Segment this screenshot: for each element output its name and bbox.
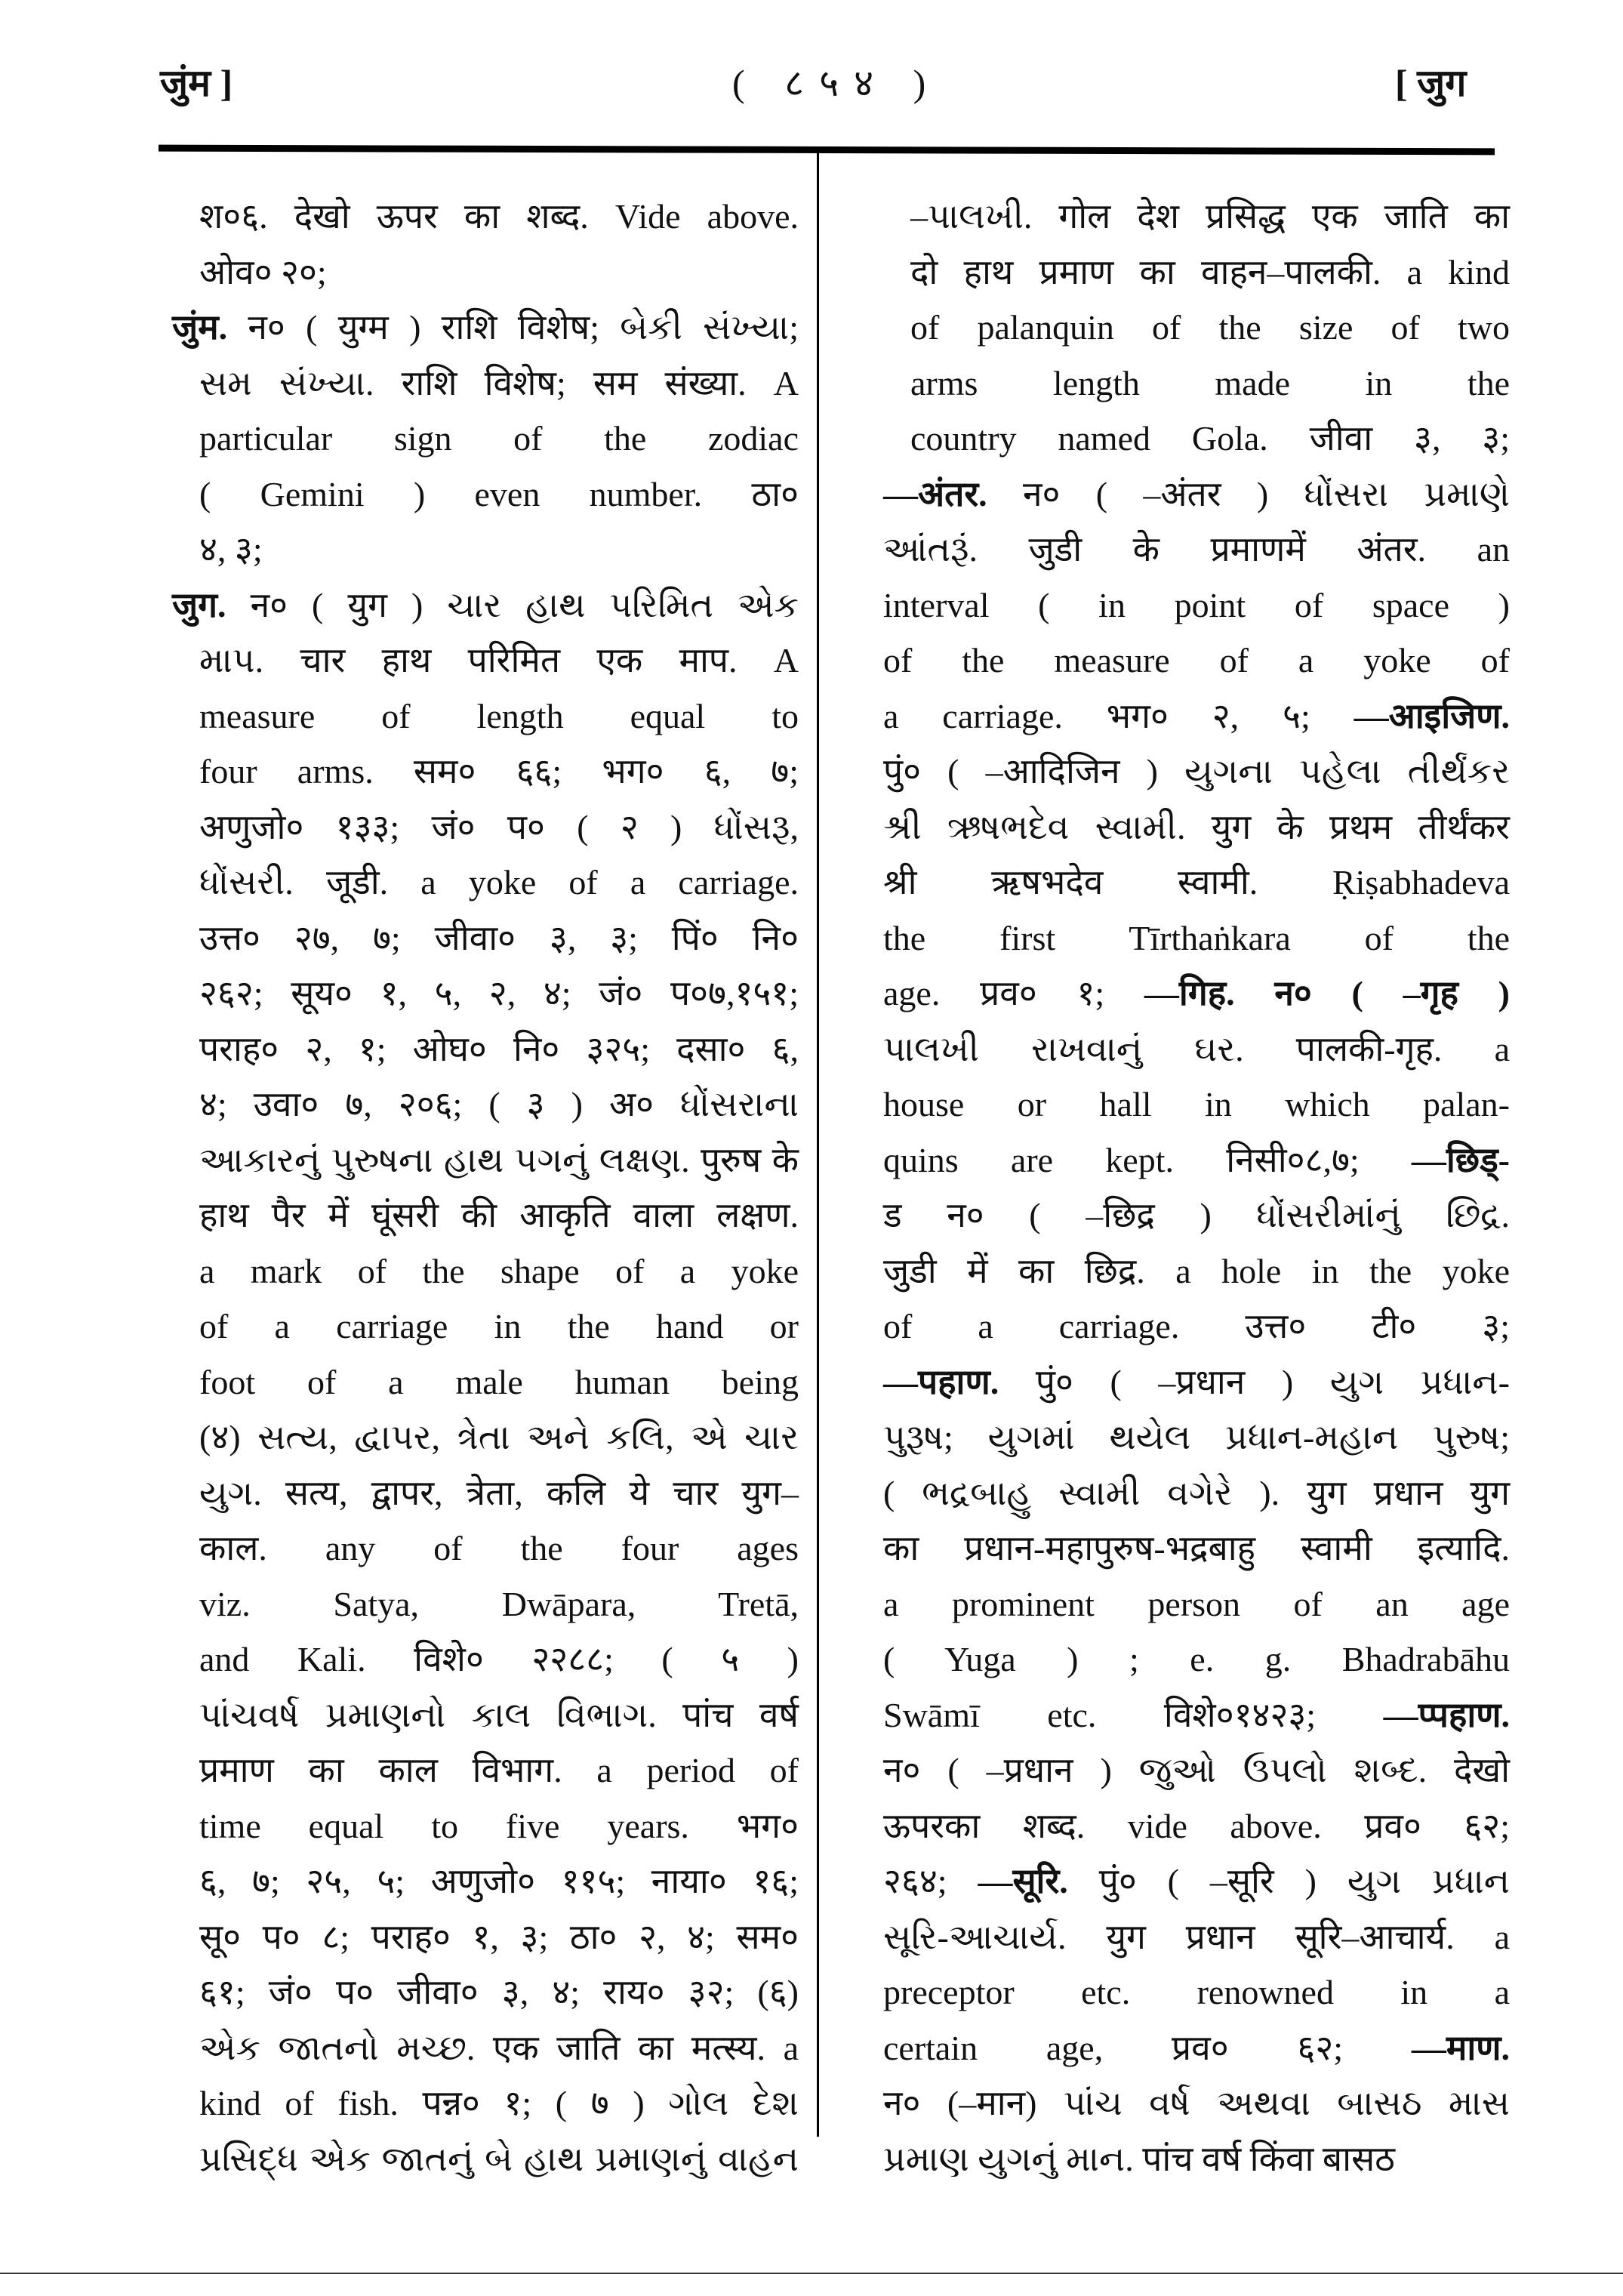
sub-headword: —आइजिण. (1354, 697, 1510, 735)
dictionary-line: काल. any of the four ages (172, 1521, 799, 1576)
definition-text: हाथ पैर में घूंसरी की आकृति वाला लक्षण. (199, 1196, 799, 1234)
definition-text: a prominent person of an age (883, 1585, 1510, 1623)
dictionary-line: પાલખી રાખવાનું ઘર. पालकी-गृह. a (883, 1022, 1510, 1077)
definition-text: ऊपरका शब्द. vide above. प्रव० ६२; (883, 1807, 1510, 1845)
dictionary-line: न० ( –प्रधान ) જુઓ ઉપલો શબ્દ. देखो (883, 1743, 1510, 1798)
dictionary-line: યુગ. सत्य, द्वापर, त्रेता, कलि ये चार यु… (172, 1465, 799, 1521)
definition-text: काल. any of the four ages (199, 1529, 799, 1567)
dictionary-line: the first Tīrthaṅkara of the (883, 911, 1510, 966)
dictionary-line: ( Gemini ) even number. ठा० (172, 467, 799, 522)
dictionary-line: measure of length equal to (172, 689, 799, 744)
dictionary-line: दो हाथ प्रमाण का वाहन–पालकी. a kind (883, 245, 1510, 300)
dictionary-line: of a carriage in the hand or (172, 1299, 799, 1354)
dictionary-line: ६१; जं० प० जीवा० ३, ४; राय० ३२; (६) (172, 1965, 799, 2020)
dictionary-line: a prominent person of an age (883, 1576, 1510, 1632)
definition-text: (४) સત્ય, દ્વાપર, ત્રેતા અને કલિ, એ ચાર (199, 1418, 799, 1456)
definition-text: સૂરિ-આચાર્ય. युग प्रधान सूरि–आचार्य. a (883, 1918, 1510, 1956)
definition-text: of palanquin of the size of two (910, 308, 1510, 347)
dictionary-line: २६२; सूय० १, ५, २, ४; जं० प०७,१५१; (172, 966, 799, 1022)
definition-text: जुडी में का छिद्र. a hole in the yoke (883, 1252, 1510, 1290)
page-number: ( ८५४ ) (732, 60, 941, 106)
dictionary-line: આંતરૂં. जुडी के प्रमाणमें अंतर. an (883, 522, 1510, 578)
dictionary-line: अणुजो० १३३; जं० प० ( २ ) ધોંસરૂ, (172, 800, 799, 855)
dictionary-line: interval ( in point of space ) (883, 578, 1510, 633)
sub-headword: —माण. (1412, 2029, 1510, 2067)
definition-text: પુરૂષ; યુગમાં થયેલ પ્રધાન-મહાન પુરુષ; (883, 1418, 1510, 1456)
dictionary-line: श०६. देखो ऊपर का शब्द. Vide above. (172, 189, 799, 245)
definition-text: viz. Satya, Dwāpara, Tretā, (199, 1585, 799, 1623)
definition-text: પાલખી રાખવાનું ઘર. पालकी-गृह. a (883, 1030, 1510, 1068)
definition-text: પ્રસિદ્ધ એક જાતનું બે હાથ પ્રમાણનું વાહન (199, 2140, 799, 2178)
dictionary-line: arms length made in the (883, 356, 1510, 411)
running-head-right: [ जुग (1395, 60, 1466, 106)
definition-text: ४; उवा० ७, २०६; ( ३ ) अ० ધોંસરાના (199, 1085, 799, 1123)
dictionary-line: प्रमाण का काल विभाग. a period of (172, 1743, 799, 1798)
definition-text: ६, ७; २५, ५; अणुजो० ११५; नाया० १६; (199, 1862, 799, 1900)
definition-text: foot of a male human being (199, 1363, 799, 1401)
dictionary-line: માપ. चार हाथ परिमित एक माप. A (172, 633, 799, 689)
dictionary-line: a mark of the shape of a yoke (172, 1244, 799, 1299)
definition-text: preceptor etc. renowned in a (883, 1973, 1510, 2011)
dictionary-line: પ્રસિદ્ધ એક જાતનું બે હાથ પ્રમાણનું વાહન (172, 2131, 799, 2187)
definition-text: प्रमाण का काल विभाग. a period of (199, 1751, 799, 1789)
dictionary-line: का प्रधान-महापुरुष-भद्रबाहु स्वामी इत्या… (883, 1521, 1510, 1576)
dictionary-line: four arms. सम० ६६; भग० ६, ७; (172, 744, 799, 800)
dictionary-line: हाथ पैर में घूंसरी की आकृति वाला लक्षण. (172, 1188, 799, 1244)
definition-text: सू० प० ८; पराह० १, ३; ठा० २, ४; सम० (199, 1918, 799, 1956)
definition-text: યુગ. सत्य, द्वापर, त्रेता, कलि ये चार यु… (199, 1474, 799, 1512)
dictionary-line: શ્રી ઋષભદેવ સ્વામી. युग के प्रथम तीर्थंक… (883, 800, 1510, 855)
dictionary-line: preceptor etc. renowned in a (883, 1965, 1510, 2020)
dictionary-line: ४; उवा० ७, २०६; ( ३ ) अ० ધોંસરાના (172, 1077, 799, 1133)
definition-text: २६४; (883, 1862, 978, 1900)
definition-text: માપ. चार हाथ परिमित एक माप. A (199, 641, 799, 680)
column-divider (817, 151, 819, 2137)
definition-text: श्री ऋषभदेव स्वामी. Ṛiṣabhadeva (883, 863, 1510, 901)
definition-text: house or hall in which palan- (883, 1085, 1510, 1123)
definition-text: આંતરૂં. जुडी के प्रमाणमें अंतर. an (883, 530, 1510, 569)
definition-text: ધોંસરી. जूडी. a yoke of a carriage. (199, 863, 799, 901)
definition-text: ( Yuga ) ; e. g. Bhadrabāhu (883, 1640, 1510, 1678)
dictionary-line: —पहाण. पुं० ( –प्रधान ) યુગ પ્રધાન- (883, 1354, 1510, 1410)
definition-text: अणुजो० १३३; जं० प० ( २ ) ધોંસરૂ, (199, 808, 799, 846)
definition-text: Swāmī etc. विशे०१४२३; (883, 1696, 1384, 1734)
left-column: श०६. देखो ऊपर का शब्द. Vide above.ओव० २०… (172, 189, 799, 2187)
dictionary-line: ६, ७; २५, ५; अणुजो० ११५; नाया० १६; (172, 1854, 799, 1909)
definition-text: time equal to five years. भग० (199, 1807, 799, 1845)
definition-text: न० ( युग्म ) राशि विशेष; બેકી સંખ્યા; (227, 308, 799, 347)
definition-text: સમ સંખ્યા. राशि विशेष; सम संख्या. A (199, 364, 799, 402)
definition-text: of the measure of a yoke of (883, 641, 1510, 680)
dictionary-line: of a carriage. उत्त० टी० ३; (883, 1299, 1510, 1354)
dictionary-line: પુરૂષ; યુગમાં થયેલ પ્રધાન-મહાન પુરુષ; (883, 1410, 1510, 1465)
dictionary-line: સૂરિ-આચાર્ય. युग प्रधान सूरि–आचार्य. a (883, 1909, 1510, 1965)
sub-headword: —सूरि. (978, 1862, 1067, 1900)
definition-text: પ્રમાણ યુગનું માન. पांच वर्ष किंवा बासठ (883, 2140, 1395, 2178)
dictionary-line: પ્રમાણ યુગનું માન. पांच वर्ष किंवा बासठ (883, 2131, 1510, 2187)
definition-text: पुं० ( –प्रधान ) યુગ પ્રધાન- (999, 1363, 1510, 1401)
headword: —अंतर. (883, 475, 987, 513)
dictionary-line: time equal to five years. भग० (172, 1798, 799, 1854)
definition-text: पुं० ( –सूरि ) યુગ પ્રધાન (1068, 1862, 1510, 1900)
dictionary-line: २६४; —सूरि. पुं० ( –सूरि ) યુગ પ્રધાન (883, 1854, 1510, 1909)
dictionary-line: ( ભદ્રબાહુ સ્વામી વગેરે ). युग प्रधान यु… (883, 1465, 1510, 1521)
definition-text: પાંચવર્ષ પ્રમાણનો કાલ વિભાગ. पांच वर्ष (199, 1696, 799, 1734)
definition-text: એક જાતનો મચ્છ. एक जाति का मत्स्य. a (199, 2029, 799, 2067)
definition-text: पुं० ( –आदिजिन ) યુગના પહેલા તીર્થંકર (883, 752, 1510, 791)
dictionary-line: quins are kept. निसी०८,७; —छिड्- (883, 1133, 1510, 1188)
dictionary-line: पराह० २, १; ओघ० नि० ३२५; दसा० ६, (172, 1022, 799, 1077)
headword: जुग. (172, 586, 226, 624)
dictionary-line: house or hall in which palan- (883, 1077, 1510, 1133)
dictionary-line: न० (–मान) પાંચ વર્ષ અથવા બાસઠ માસ (883, 2076, 1510, 2131)
headword: जुंम. (172, 308, 227, 347)
dictionary-line: age. प्रव० १; —गिह. न० ( –गृह ) (883, 966, 1510, 1022)
dictionary-line: આકારનું પુરુષના હાથ પગનું લક્ષણ. पुरुष क… (172, 1133, 799, 1188)
dictionary-line: of the measure of a yoke of (883, 633, 1510, 689)
dictionary-line: એક જાતનો મચ્છ. एक जाति का मत्स्य. a (172, 2020, 799, 2076)
dictionary-line: —अंतर. न० ( –अंतर ) ધોંસરા પ્રમાણે (883, 467, 1510, 522)
dictionary-line: ધોંસરી. जूडी. a yoke of a carriage. (172, 855, 799, 911)
running-head-left: जुंम ] (160, 60, 233, 106)
dictionary-line: –પાલખી. गोल देश प्रसिद्ध एक जाति का (883, 189, 1510, 245)
dictionary-line: a carriage. भग० २, ५; —आइजिण. (883, 689, 1510, 744)
dictionary-line: સમ સંખ્યા. राशि विशेष; सम संख्या. A (172, 356, 799, 411)
dictionary-line: उत्त० २७, ७; जीवा० ३, ३; पिं० नि० (172, 911, 799, 966)
definition-text: the first Tīrthaṅkara of the (883, 919, 1510, 957)
header-rule (159, 145, 1495, 156)
dictionary-line: certain age, प्रव० ६२; —माण. (883, 2020, 1510, 2076)
dictionary-line: Swāmī etc. विशे०१४२३; —प्पहाण. (883, 1687, 1510, 1743)
dictionary-line: (४) સત્ય, દ્વાપર, ત્રેતા અને કલિ, એ ચાર (172, 1410, 799, 1465)
definition-text: न० ( –प्रधान ) જુઓ ઉપલો શબ્દ. देखो (883, 1751, 1510, 1789)
definition-text: ( Gemini ) even number. ठा० (199, 475, 799, 513)
headword: —पहाण. (883, 1363, 999, 1401)
definition-text: ४, ३; (199, 530, 263, 569)
definition-text: interval ( in point of space ) (883, 586, 1510, 624)
definition-text: of a carriage. उत्त० टी० ३; (883, 1307, 1510, 1345)
dictionary-line: and Kali. विशे० २२८८; ( ५ ) (172, 1632, 799, 1687)
definition-text: particular sign of the zodiac (199, 419, 799, 458)
definition-text: ६१; जं० प० जीवा० ३, ४; राय० ३२; (६) (199, 1973, 799, 2011)
definition-text: measure of length equal to (199, 697, 799, 735)
definition-text: श०६. देखो ऊपर का शब्द. Vide above. (199, 197, 799, 236)
dictionary-line: सू० प० ८; पराह० १, ३; ठा० २, ४; सम० (172, 1909, 799, 1965)
definition-text: age. प्रव० १; (883, 974, 1144, 1012)
definition-text: न० ( –अंतर ) ધોંસરા પ્રમાણે (987, 475, 1510, 513)
definition-text: का प्रधान-महापुरुष-भद्रबाहु स्वामी इत्या… (883, 1529, 1510, 1567)
definition-text: આકારનું પુરુષના હાથ પગનું લક્ષણ. पुरुष क… (199, 1141, 799, 1179)
dictionary-line: ४, ३; (172, 522, 799, 578)
page-bottom-edge (0, 2273, 1623, 2274)
definition-text: kind of fish. पन्न० १; ( ७ ) ગોલ દેશ (199, 2084, 799, 2122)
definition-text: country named Gola. जीवा ३, ३; (910, 419, 1510, 458)
right-column: –પાલખી. गोल देश प्रसिद्ध एक जाति कादो हा… (883, 189, 1510, 2187)
dictionary-line: ओव० २०; (172, 245, 799, 300)
dictionary-line: ( Yuga ) ; e. g. Bhadrabāhu (883, 1632, 1510, 1687)
definition-text: arms length made in the (910, 364, 1510, 402)
dictionary-line: जुडी में का छिद्र. a hole in the yoke (883, 1244, 1510, 1299)
dictionary-line: पुं० ( –आदिजिन ) યુગના પહેલા તીર્થંકર (883, 744, 1510, 800)
dictionary-line: viz. Satya, Dwāpara, Tretā, (172, 1576, 799, 1632)
definition-text: certain age, प्रव० ६२; (883, 2029, 1412, 2067)
definition-text: શ્રી ઋષભદેવ સ્વામી. युग के प्रथम तीर्थंक… (883, 808, 1510, 846)
dictionary-line: ड न० ( –छिद्र ) ધોંસરીમાંનું છિદ્ર. (883, 1188, 1510, 1244)
dictionary-line: ऊपरका शब्द. vide above. प्रव० ६२; (883, 1798, 1510, 1854)
sub-headword: —प्पहाण. (1384, 1696, 1510, 1734)
definition-text: पराह० २, १; ओघ० नि० ३२५; दसा० ६, (199, 1030, 799, 1068)
definition-text: quins are kept. निसी०८,७; (883, 1141, 1412, 1179)
dictionary-line: kind of fish. पन्न० १; ( ७ ) ગોલ દેશ (172, 2076, 799, 2131)
definition-text: न० ( युग ) ચાર હાથ પરિમિત એક (226, 586, 799, 624)
definition-text: न० (–मान) પાંચ વર્ષ અથવા બાસઠ માસ (883, 2084, 1510, 2122)
definition-text: a carriage. भग० २, ५; (883, 697, 1354, 735)
definition-text: –પાલખી. गोल देश प्रसिद्ध एक जाति का (910, 197, 1510, 236)
dictionary-line: પાંચવર્ષ પ્રમાણનો કાલ વિભાગ. पांच वर्ष (172, 1687, 799, 1743)
dictionary-line: जुग. न० ( युग ) ચાર હાથ પરિમિત એક (172, 578, 799, 633)
dictionary-line: particular sign of the zodiac (172, 411, 799, 467)
definition-text: ड न० ( –छिद्र ) ધોંસરીમાંનું છિદ્ર. (883, 1196, 1510, 1234)
definition-text: दो हाथ प्रमाण का वाहन–पालकी. a kind (910, 253, 1510, 291)
definition-text: ओव० २०; (199, 253, 327, 291)
definition-text: a mark of the shape of a yoke (199, 1252, 799, 1290)
dictionary-line: जुंम. न० ( युग्म ) राशि विशेष; બેકી સંખ્… (172, 300, 799, 356)
definition-text: of a carriage in the hand or (199, 1307, 799, 1345)
sub-headword: —गिह. न० ( –गृह ) (1144, 974, 1510, 1012)
definition-text: and Kali. विशे० २२८८; ( ५ ) (199, 1640, 799, 1678)
definition-text: ( ભદ્રબાહુ સ્વામી વગેરે ). युग प्रधान यु… (883, 1474, 1510, 1512)
dictionary-line: of palanquin of the size of two (883, 300, 1510, 356)
dictionary-line: country named Gola. जीवा ३, ३; (883, 411, 1510, 467)
definition-text: २६२; सूय० १, ५, २, ४; जं० प०७,१५१; (199, 974, 799, 1012)
sub-headword: —छिड्- (1412, 1141, 1510, 1179)
definition-text: four arms. सम० ६६; भग० ६, ७; (199, 752, 799, 791)
dictionary-line: foot of a male human being (172, 1354, 799, 1410)
dictionary-line: श्री ऋषभदेव स्वामी. Ṛiṣabhadeva (883, 855, 1510, 911)
definition-text: उत्त० २७, ७; जीवा० ३, ३; पिं० नि० (199, 919, 799, 957)
